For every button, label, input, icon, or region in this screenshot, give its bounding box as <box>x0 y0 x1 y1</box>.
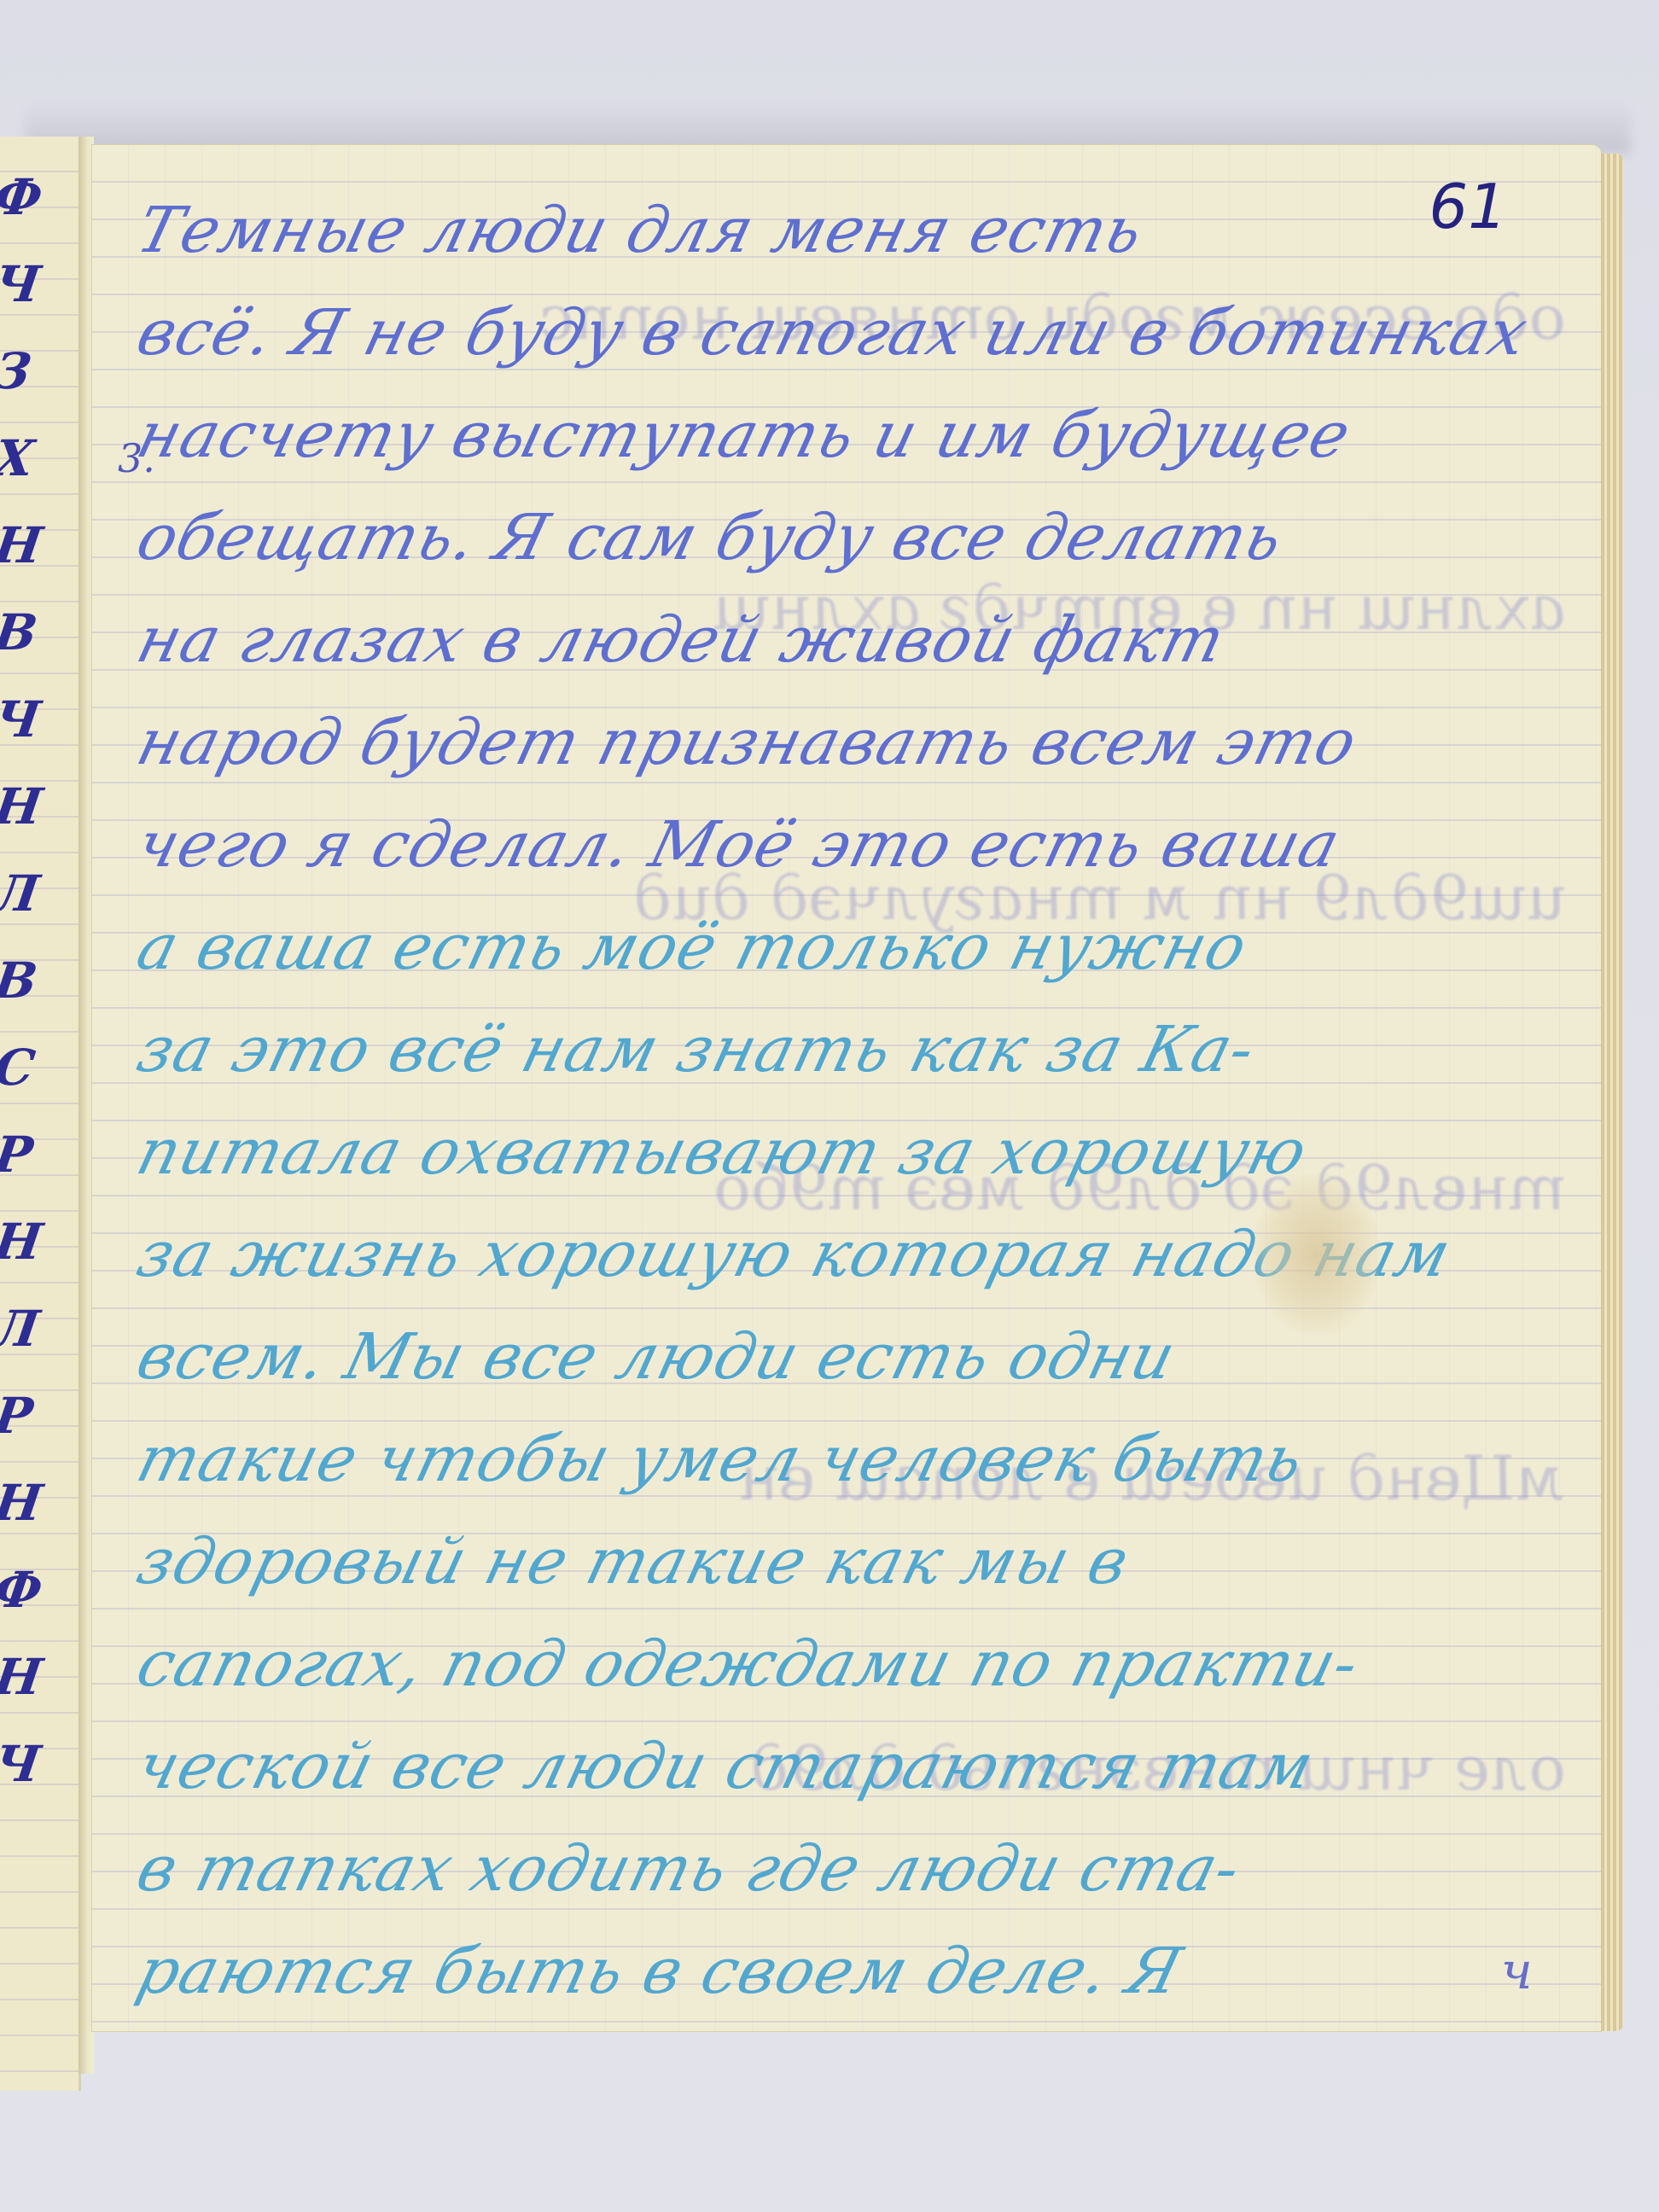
handwritten-line: здоровый не такие как мы в <box>126 1511 1524 1613</box>
handwritten-line: народ будет признавать всем это <box>126 691 1524 794</box>
facing-page-glyph: В <box>0 589 81 676</box>
handwritten-line: раются быть в своем деле. Я <box>126 1920 1524 2023</box>
handwritten-line: насчету выступать и им будущее <box>126 384 1524 486</box>
handwritten-line: обещать. Я сам буду все делать <box>126 486 1524 589</box>
page-edges <box>1601 154 1623 2031</box>
facing-page-glyph: Л <box>0 850 81 937</box>
handwritten-line: на глазах в людей живой факт <box>126 589 1524 691</box>
handwritten-line: всё. Я не буду в сапогах или в ботинках <box>126 282 1524 384</box>
facing-page-glyph: Ч <box>0 676 81 763</box>
handwritten-text: Темные люди для меня естьвсё. Я не буду … <box>126 179 1499 2031</box>
handwritten-line: ческой все люди стараются там <box>126 1715 1524 1818</box>
facing-page-glyph: В <box>0 937 81 1024</box>
facing-page-glyph: Н <box>0 1198 81 1285</box>
handwritten-line: чего я сделал. Моё это есть ваша <box>126 794 1524 896</box>
handwritten-line: не делаю это другим это нужно <box>126 2023 1524 2031</box>
facing-page-glyph: Ф <box>0 1546 81 1633</box>
handwritten-line: Темные люди для меня есть <box>126 179 1524 282</box>
handwritten-line: а ваша есть моё только нужно <box>126 896 1524 998</box>
handwritten-line: за это всё нам знать как за Ка- <box>126 998 1524 1101</box>
facing-page-glyph: Н <box>0 763 81 850</box>
handwritten-line: такие чтобы умел человек быть <box>126 1408 1524 1511</box>
facing-page-glyph: Р <box>0 1372 81 1459</box>
facing-page-glyph: Н <box>0 502 81 589</box>
facing-page-glyph: Х <box>0 415 81 502</box>
facing-page-glyph: Л <box>0 1285 81 1372</box>
notebook-page: одо всеж мгоди отнявш ноппсахлнш нп в вп… <box>92 145 1601 2031</box>
facing-page-glyph: Ч <box>0 241 81 328</box>
handwritten-line: сапогах, под одеждами по практи- <box>126 1613 1524 1715</box>
handwritten-line: в тапках ходить где люди ста- <box>126 1818 1524 1920</box>
paper-stain <box>1253 1173 1381 1336</box>
corner-mark: ч <box>1501 1941 1533 2001</box>
facing-page-glyph: З <box>0 328 81 415</box>
facing-page-glyph: Ф <box>0 154 81 241</box>
facing-page: ФЧЗХНВЧНЛВСРНЛРНФНЧ <box>0 137 81 2091</box>
facing-page-glyph: Н <box>0 1633 81 1720</box>
facing-page-glyph: Ч <box>0 1720 81 1807</box>
facing-page-glyph: Н <box>0 1459 81 1546</box>
facing-page-glyph: Р <box>0 1111 81 1198</box>
facing-page-glyph: С <box>0 1024 81 1111</box>
